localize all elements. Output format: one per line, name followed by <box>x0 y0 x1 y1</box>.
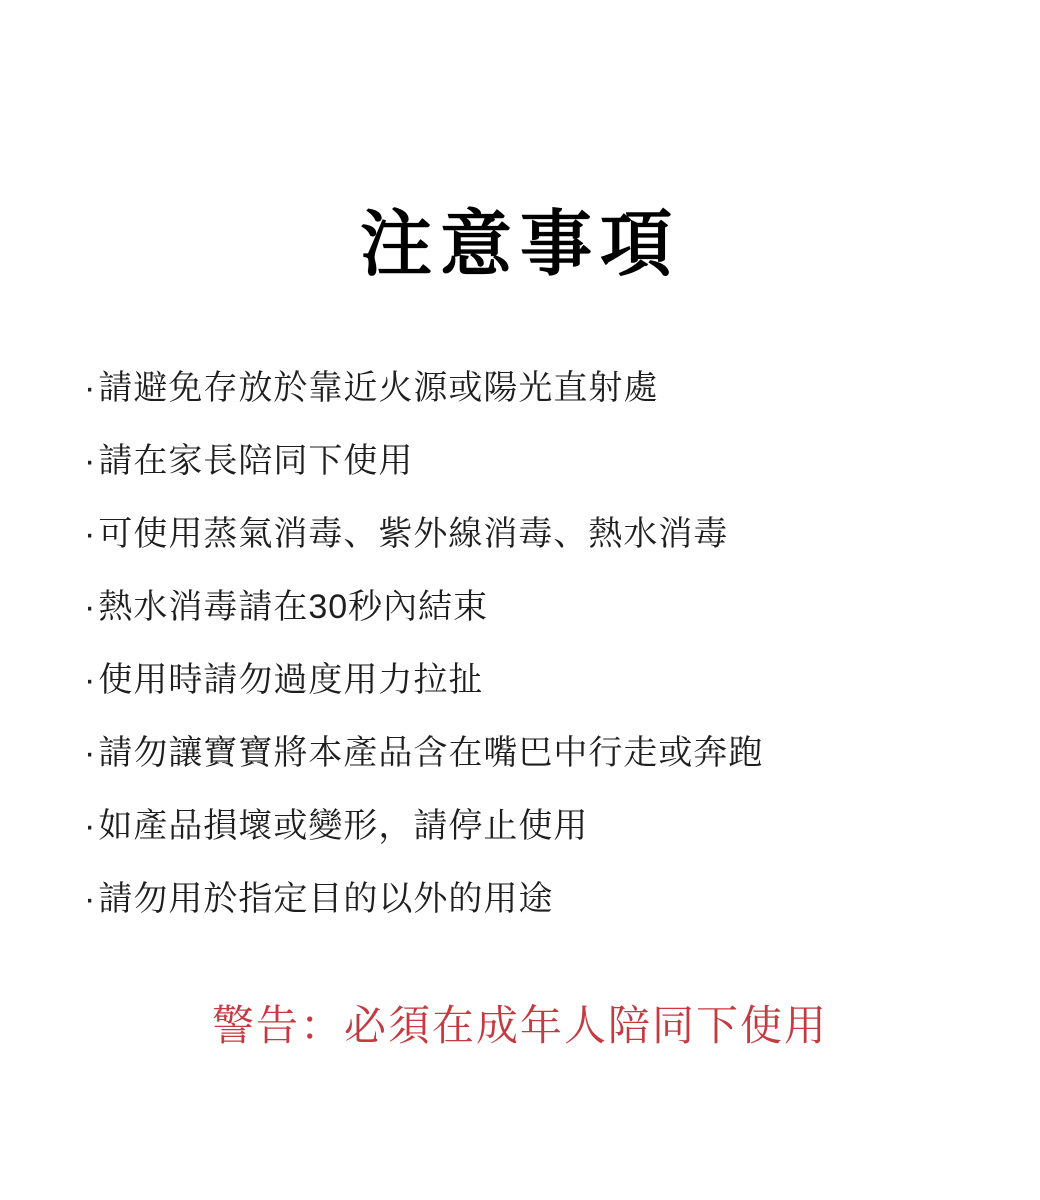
notice-item-text: 如產品損壞或變形，請停止使用 <box>98 807 588 845</box>
notice-item: ·熱水消毒請在30秒內結束 <box>84 571 980 644</box>
notice-page: 注意事項 ·請避免存放於靠近火源或陽光直射處 ·請在家長陪同下使用 ·可使用蒸氣… <box>0 0 1040 1200</box>
notice-item-text: 請在家長陪同下使用 <box>98 442 413 480</box>
notice-item-text: 請避免存放於靠近火源或陽光直射處 <box>98 369 658 407</box>
notice-item-text: 請勿用於指定目的以外的用途 <box>98 880 553 918</box>
notice-item: ·可使用蒸氣消毒、紫外線消毒、熱水消毒 <box>84 498 980 571</box>
notice-item: ·如產品損壞或變形，請停止使用 <box>84 790 980 863</box>
warning-text: 警告：必須在成年人陪同下使用 <box>0 1000 1040 1052</box>
bullet-dot: · <box>84 425 96 498</box>
notice-item: ·請在家長陪同下使用 <box>84 425 980 498</box>
notice-item-text: 可使用蒸氣消毒、紫外線消毒、熱水消毒 <box>98 515 728 553</box>
bullet-dot: · <box>84 498 96 571</box>
notice-item: ·使用時請勿過度用力拉扯 <box>84 644 980 717</box>
notice-item: ·請勿讓寶寶將本產品含在嘴巴中行走或奔跑 <box>84 717 980 790</box>
notice-item: ·請避免存放於靠近火源或陽光直射處 <box>84 352 980 425</box>
bullet-dot: · <box>84 644 96 717</box>
page-title: 注意事項 <box>0 202 1040 288</box>
bullet-dot: · <box>84 863 96 936</box>
bullet-dot: · <box>84 571 96 644</box>
notice-list: ·請避免存放於靠近火源或陽光直射處 ·請在家長陪同下使用 ·可使用蒸氣消毒、紫外… <box>84 352 980 936</box>
bullet-dot: · <box>84 790 96 863</box>
bullet-dot: · <box>84 352 96 425</box>
notice-item-text: 使用時請勿過度用力拉扯 <box>98 661 483 699</box>
notice-item-text: 請勿讓寶寶將本產品含在嘴巴中行走或奔跑 <box>98 734 763 772</box>
bullet-dot: · <box>84 717 96 790</box>
notice-item: ·請勿用於指定目的以外的用途 <box>84 863 980 936</box>
notice-item-text: 熱水消毒請在30秒內結束 <box>98 588 488 626</box>
